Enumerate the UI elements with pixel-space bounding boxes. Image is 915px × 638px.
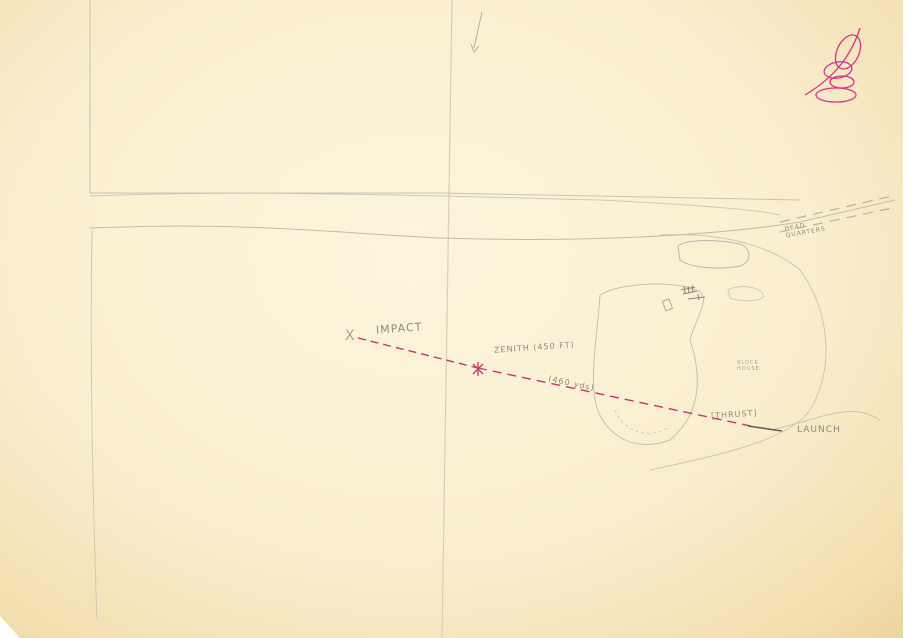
small-building xyxy=(662,299,672,311)
trajectory-descent xyxy=(358,338,478,368)
bush-small xyxy=(728,287,764,301)
road-upper-edge xyxy=(90,193,780,215)
left-border xyxy=(91,230,97,620)
pink-scribble-icon xyxy=(805,28,866,102)
launch-label: LAUNCH xyxy=(797,425,841,435)
upper-border xyxy=(90,0,800,200)
north-arrow-icon xyxy=(471,12,482,52)
paper-corner xyxy=(0,616,20,638)
trees-icon xyxy=(681,285,705,300)
pond xyxy=(593,284,703,444)
impact-marker: X xyxy=(345,328,356,344)
fold-line xyxy=(442,0,452,638)
blockhouse-label: BLOCK HOUSE xyxy=(737,360,760,372)
road-lower-edge xyxy=(90,200,895,239)
sketch-drawing xyxy=(0,0,915,638)
bush-cluster xyxy=(678,241,749,269)
pond-inner xyxy=(615,410,670,433)
paper-edge xyxy=(903,0,915,638)
